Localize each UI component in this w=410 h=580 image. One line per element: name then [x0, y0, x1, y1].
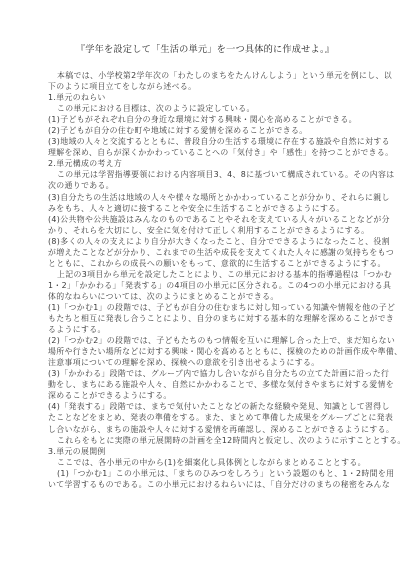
text-line: 動をし、まちにある施設や人々、自然にかかわることで、多様な気付きやまちに対する愛…: [48, 379, 370, 390]
text-line: 下のように項目立てをしながら述べる。: [48, 81, 370, 92]
text-line: たことなどをまとめ、発表の準備をする。また、まとめて準備した成果をグループごとに…: [48, 412, 370, 423]
text-line: (2)「つかむ2」の段階では、子どもたちのもつ情報を互いに理解し合った上で、まだ…: [48, 335, 370, 346]
text-line: (3)自分たちの生活は地域の人々や様々な場所とかかわっていることが分かり、それら…: [48, 192, 370, 203]
text-line: 場所や行きたい場所などに対する興味・関心を高めるとともに、探検のための計画作成や…: [48, 346, 370, 357]
text-line: いて学習するものである。この小単元におけるねらいには、「自分だけのまちの秘密をみ…: [48, 479, 370, 490]
text-line: (1)子どもがそれぞれ自分の身近な環境に対する興味・関心を高めることができる。: [48, 114, 370, 125]
text-line: この単元における目標は、次のように設定している。: [48, 103, 370, 114]
text-line: この単元は学習指導要領における内容項目3、4、8に基づいて構成されている。その内…: [48, 169, 370, 180]
text-line: 2.単元構成の考え方: [48, 158, 370, 169]
text-line: これらをもとに実際の単元展開時の計画を全12時間内と仮定し、次のように示すことと…: [48, 435, 370, 446]
text-line: 1.単元のねらい: [48, 92, 370, 103]
text-line: 上記の3項目から単元を設定したことにより、この単元における基本的指導過程は「つか…: [48, 269, 370, 280]
text-line: 深めることができるようにする。: [48, 390, 370, 401]
text-line: (8)多くの人々の支えにより自分が大きくなったこと、自分でできるようになったこと…: [48, 236, 370, 247]
text-line: 3.単元の展開例: [48, 446, 370, 457]
text-line: 理解を深め、自らが深くかかわっていることへの「気付き」や「感性」を持つことができ…: [48, 147, 370, 158]
text-line: とともに、これからの成長への願いをもって、意欲的に生活することができるようにする…: [48, 258, 370, 269]
text-line: 注意事項についての理解を深め、探検への意欲を引き出せるようにする。: [48, 357, 370, 368]
text-line: (4)「発表する」段階では、まちで気付いたことなどの新たな経験や発見、知識として…: [48, 401, 370, 412]
text-line: 次の通りである。: [48, 180, 370, 191]
document-title: 『学年を設定して「生活の単元」を一つ具体的に作成せよ。』: [0, 41, 410, 55]
text-line: (4)公共物や公共施設はみんなのものであることやそれを支えている人々がいることな…: [48, 214, 370, 225]
text-line: (1)「つかむ1」の段階では、子どもが自分の住むまちに対し知っている知識や情報を…: [48, 302, 370, 313]
text-line: 体的なねらいについては、次のようにまとめることができる。: [48, 291, 370, 302]
text-line: みをもち、人々と適切に接することや安全に生活することができるようにする。: [48, 203, 370, 214]
text-line: 本稿では、小学校第2学年次の「わたしのまちをたんけんしよう」という単元を例にし、…: [48, 70, 370, 81]
text-line: が増えたことなどが分かり、これまでの生活や成長を支えてくれた人々に感謝の気持ちを…: [48, 247, 370, 258]
text-line: (2)子どもが自分の住む町や地域に対する愛情を深めることができる。: [48, 125, 370, 136]
text-line: (1)「つかむ1」この小単元は、「まちのひみつをしろう」という設題のもと、1・2…: [48, 468, 370, 479]
text-line: かり、それらを大切にし、安全に気を付けて正しく利用することができるようにする。: [48, 225, 370, 236]
text-line: (3)「かかわる」段階では、グループ内で協力し合いながら自分たちの立てた計画に沿…: [48, 368, 370, 379]
text-line: し合いながら、まちの施設や人々に対する愛情を再確認し、深めることができるようにす…: [48, 424, 370, 435]
text-line: るようにする。: [48, 324, 370, 335]
text-line: 1・2」「かかわる」「発表する」の4項目の小単元に区分される。この4つの小単元に…: [48, 280, 370, 291]
text-line: (3)地域の人々と交流するとともに、普段自分の生活する環境に存在する施設や自然に…: [48, 136, 370, 147]
text-line: もたちと相互に発表し合うことにより、自分のまちに対する基本的な理解を深めることが…: [48, 313, 370, 324]
document-page: 『学年を設定して「生活の単元」を一つ具体的に作成せよ。』 本稿では、小学校第2学…: [0, 0, 410, 580]
text-line: ここでは、各小単元の中から(1)を細案化し具体例としながらまとめることとする。: [48, 457, 370, 468]
document-body: 本稿では、小学校第2学年次の「わたしのまちをたんけんしよう」という単元を例にし、…: [48, 70, 370, 490]
